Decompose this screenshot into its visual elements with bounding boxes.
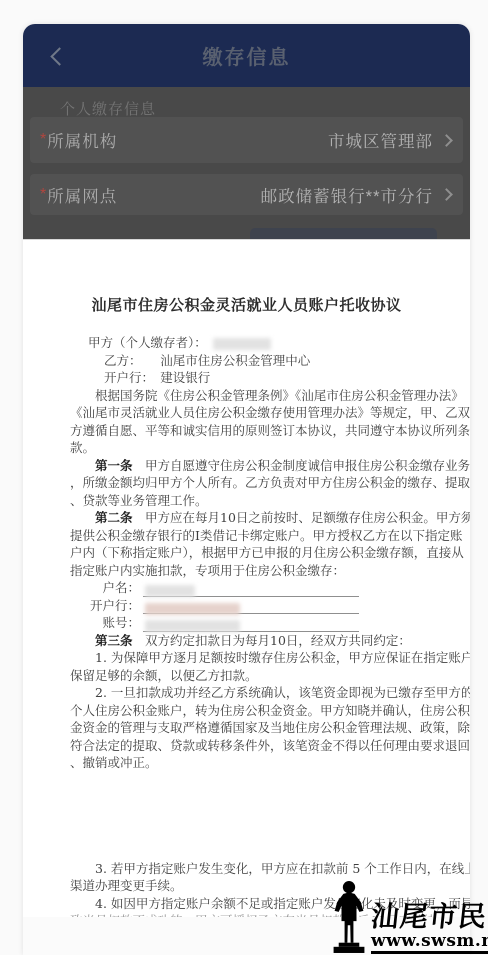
document-line: 指定账户内实施扣款，专项用于住房公积金缴存： [70, 562, 432, 580]
field-row-branch[interactable]: * 所属网点 邮政储蓄银行**市分行 [30, 174, 463, 215]
redacted-value [213, 338, 271, 350]
required-asterisk: * [40, 186, 46, 204]
document-line: 户名： [70, 579, 432, 597]
watermark-site-name: 汕尾市民网 [369, 902, 488, 932]
document-line: 2. 一旦扣款成功并经乙方系统确认，该笔资金即视为已缴存至甲方的 [70, 684, 432, 702]
redacted-value [145, 620, 240, 632]
chevron-right-icon [440, 188, 453, 201]
watermark-url: www.swsm.net [371, 932, 488, 954]
field-label: 所属机构 [47, 128, 117, 152]
back-button[interactable] [49, 48, 67, 66]
document-line: 、撤销或冲正。 [70, 754, 432, 772]
section-title: 个人缴存信息 [23, 87, 470, 119]
field-value: 市城区管理部 [328, 128, 433, 152]
document-line: 第二条 甲方应在每月10日之前按时、足额缴存住房公积金。甲方须 [70, 509, 432, 527]
document-body: 甲方（个人缴存者）：乙方： 汕尾市住房公积金管理中心开户行： 建设银行根据国务院… [23, 334, 470, 917]
document-line: 账号： [70, 614, 432, 632]
document-line: 、贷款等业务管理工作。 [70, 492, 432, 510]
document-line: 甲方（个人缴存者）： [70, 334, 432, 352]
account-field-label: 账号： [82, 614, 140, 632]
document-line: ，所缴金额均归甲方个人所有。乙方负责对甲方住房公积金的缴存、提取 [70, 474, 432, 492]
document-line: 第三条 双方约定扣款日为每月10日，经双方共同约定： [70, 632, 432, 650]
document-line: 保留足够的余额，以便乙方扣款。 [70, 667, 432, 685]
document-line: 个人住房公积金账户，转为住房公积金资金。甲方知晓并确认，住房公积 [70, 702, 432, 720]
site-watermark: 汕尾市民网 www.swsm.net [327, 880, 487, 954]
chevron-right-icon [440, 134, 453, 147]
document-line: 款。 [70, 439, 432, 457]
watermark-text: 汕尾市民网 www.swsm.net [371, 902, 488, 954]
document-line: 户内（下称指定账户），根据甲方已申报的月住房公积金缴存额，直接从 [70, 544, 432, 562]
document-line: 金资金的管理与支取严格遵循国家及当地住房公积金管理法规、政策，除 [70, 719, 432, 737]
redacted-value [145, 603, 240, 615]
field-row-institution[interactable]: * 所属机构 市城区管理部 [30, 117, 463, 163]
document-gap [70, 772, 432, 860]
field-label: 所属网点 [47, 183, 117, 207]
document-line: 提供公积金缴存银行的Ⅰ类借记卡绑定账户。甲方授权乙方在以下指定账 [70, 527, 432, 545]
page-title: 缴存信息 [203, 41, 291, 70]
document-line: 乙方： 汕尾市住房公积金管理中心 [70, 352, 432, 370]
account-field-label: 开户行： [82, 597, 140, 615]
redacted-value [145, 585, 195, 597]
document-line: 3. 若甲方指定账户发生变化，甲方应在扣款前 5 个工作日内，在线上 [70, 860, 432, 878]
document-title: 汕尾市住房公积金灵活就业人员账户托收协议 [23, 294, 470, 315]
field-value: 邮政储蓄银行**市分行 [261, 183, 433, 207]
document-line: 开户行： 建设银行 [70, 369, 432, 387]
document-line: 第一条 甲方自愿遵守住房公积金制度诚信申报住房公积金缴存业务 [70, 457, 432, 475]
document-line: 《汕尾市灵活就业人员住房公积金缴存使用管理办法》等规定，甲、乙双 [70, 404, 432, 422]
document-line: 1. 为保障甲方逐月足额按时缴存住房公积金，甲方应保证在指定账户 [70, 649, 432, 667]
occluded-button-edge [250, 228, 437, 239]
account-field-underline [143, 616, 359, 632]
deposit-form-section: 个人缴存信息 * 所属机构 市城区管理部 * 所属网点 邮政储蓄银行**市分行 [23, 87, 470, 239]
document-line: 开户行： [70, 597, 432, 615]
document-line: 根据国务院《住房公积金管理条例》《汕尾市住房公积金管理办法》 [70, 387, 432, 405]
nav-header: 缴存信息 [23, 24, 470, 87]
account-field-label: 户名： [82, 579, 140, 597]
account-field-underline [143, 598, 359, 614]
required-asterisk: * [40, 131, 46, 149]
document-line: 符合法定的提取、贷款或转移条件外，该笔资金不得以任何理由要求退回 [70, 737, 432, 755]
person-silhouette-icon [327, 880, 371, 954]
app-window: 缴存信息 个人缴存信息 * 所属机构 市城区管理部 * 所属网点 邮政储蓄银行*… [23, 24, 470, 955]
agreement-document-panel[interactable]: 汕尾市住房公积金灵活就业人员账户托收协议 甲方（个人缴存者）：乙方： 汕尾市住房… [23, 239, 470, 917]
document-line: 方遵循自愿、平等和诚实信用的原则签订本协议，共同遵守本协议所列条 [70, 422, 432, 440]
account-field-underline [143, 581, 359, 597]
